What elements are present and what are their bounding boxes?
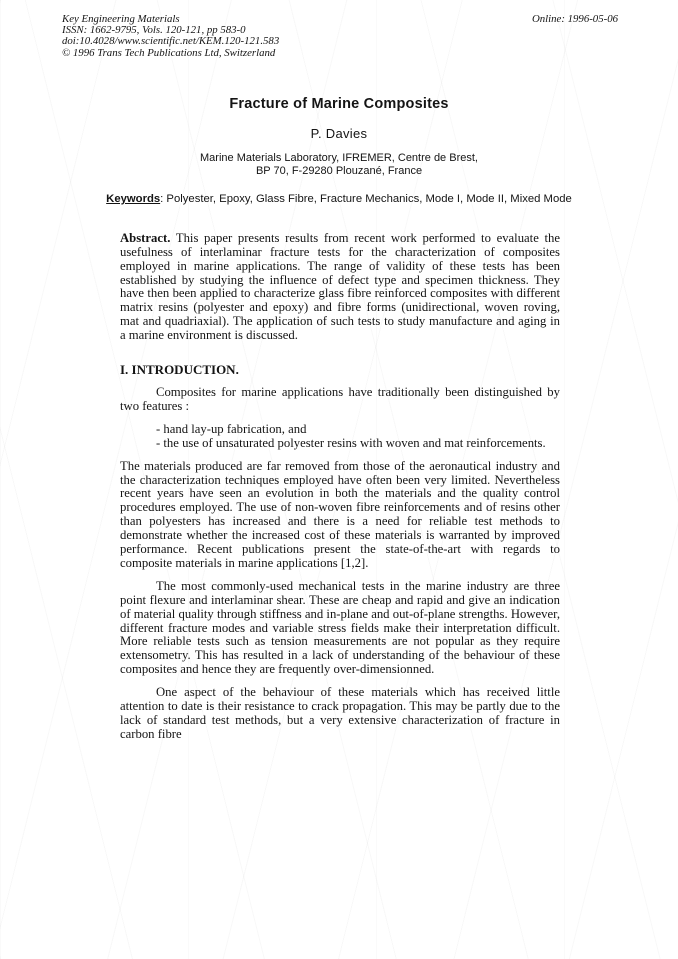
journal-doi-line: doi:10.4028/www.scientific.net/KEM.120-1… [62,36,279,47]
keywords-list: : Polyester, Epoxy, Glass Fibre, Fractur… [160,193,572,205]
journal-citation-block: Key Engineering Materials ISSN: 1662-979… [62,14,279,59]
section-heading-introduction: I. INTRODUCTION. [120,363,560,377]
keywords-line: Keywords: Polyester, Epoxy, Glass Fibre,… [0,193,678,205]
title-block: Fracture of Marine Composites P. Davies … [0,96,678,179]
journal-copyright-line: © 1996 Trans Tech Publications Ltd, Swit… [62,48,279,59]
list-item: - hand lay-up fabrication, and [156,423,560,437]
abstract-text: This paper presents results from recent … [120,231,560,342]
paper-page: Key Engineering Materials ISSN: 1662-979… [0,0,678,959]
list-item: - the use of unsaturated polyester resin… [156,437,560,451]
affiliation-line-2: BP 70, F-29280 Plouzané, France [0,165,678,179]
affiliation-line-1: Marine Materials Laboratory, IFREMER, Ce… [0,152,678,166]
features-list: - hand lay-up fabrication, and - the use… [156,423,560,451]
paper-author: P. Davies [0,126,678,141]
online-date: Online: 1996-05-06 [532,14,618,25]
intro-paragraph-1: Composites for marine applications have … [120,386,560,414]
author-affiliation: Marine Materials Laboratory, IFREMER, Ce… [0,152,678,179]
keywords-label: Keywords [106,193,160,205]
paper-title: Fracture of Marine Composites [0,96,678,112]
intro-paragraph-4: One aspect of the behaviour of these mat… [120,686,560,742]
paper-body: Abstract. This paper presents results fr… [120,232,560,742]
abstract-label: Abstract. [120,231,170,245]
abstract-paragraph: Abstract. This paper presents results fr… [120,232,560,343]
intro-paragraph-2: The materials produced are far removed f… [120,460,560,571]
journal-header: Key Engineering Materials ISSN: 1662-979… [0,0,678,59]
intro-paragraph-3: The most commonly-used mechanical tests … [120,580,560,677]
